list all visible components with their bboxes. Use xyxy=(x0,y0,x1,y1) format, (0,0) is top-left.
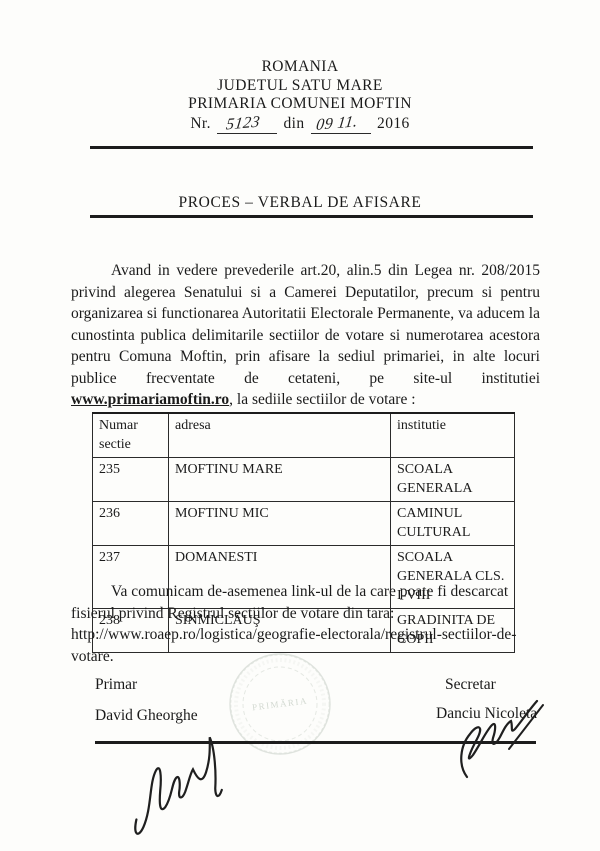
paragraph1-text-before: Avand in vedere prevederile art.20, alin… xyxy=(71,262,540,387)
cell-adresa: MOFTINU MARE xyxy=(169,458,391,502)
nr-blank: 5123 xyxy=(217,115,277,135)
paragraph-legal-basis: Avand in vedere prevederile art.20, alin… xyxy=(71,260,540,411)
secretar-handwritten-signature xyxy=(447,693,547,781)
scanned-document-page: ROMANIA JUDETUL SATU MARE PRIMARIA COMUN… xyxy=(0,0,600,851)
document-header: ROMANIA JUDETUL SATU MARE PRIMARIA COMUN… xyxy=(0,58,600,134)
nr-prefix: Nr. xyxy=(190,115,211,132)
cell-numar: 235 xyxy=(93,458,169,502)
header-country: ROMANIA xyxy=(0,58,600,77)
date-handwritten-value: 09 11. xyxy=(315,113,359,135)
institution-website-link: www.primariamoftin.ro xyxy=(71,391,229,408)
horizontal-rule-under-title xyxy=(90,215,533,218)
secretar-title: Secretar xyxy=(445,676,496,694)
year-label: 2016 xyxy=(377,115,410,132)
cell-institutie: CAMINUL CULTURAL xyxy=(391,502,515,546)
primar-name: David Gheorghe xyxy=(95,707,198,725)
cell-institutie: SCOALA GENERALA xyxy=(391,458,515,502)
date-blank: 09 11. xyxy=(311,115,371,135)
header-county: JUDETUL SATU MARE xyxy=(0,77,600,96)
table-header-row: Numar sectie adresa institutie xyxy=(93,413,515,458)
header-institution: PRIMARIA COMUNEI MOFTIN xyxy=(0,95,600,114)
primar-title: Primar xyxy=(95,676,137,694)
horizontal-rule-top xyxy=(90,146,533,149)
cell-adresa: MOFTINU MIC xyxy=(169,502,391,546)
nr-handwritten-value: 5123 xyxy=(225,113,261,135)
document-title: PROCES – VERBAL DE AFISARE xyxy=(0,194,600,212)
column-header-numar-sectie: Numar sectie xyxy=(93,413,169,458)
registration-number-line: Nr. 5123 din 09 11. 2016 xyxy=(0,115,600,135)
din-label: din xyxy=(283,115,304,132)
primar-handwritten-signature xyxy=(109,719,257,840)
paragraph1-text-after: , la sediile sectiilor de votare : xyxy=(229,391,415,408)
column-header-adresa: adresa xyxy=(169,413,391,458)
column-header-institutie: institutie xyxy=(391,413,515,458)
stamp-center-text: PRIMĂRIA xyxy=(252,696,309,713)
table-row: 236 MOFTINU MIC CAMINUL CULTURAL xyxy=(93,502,515,546)
cell-numar: 236 xyxy=(93,502,169,546)
table-row: 235 MOFTINU MARE SCOALA GENERALA xyxy=(93,458,515,502)
paragraph2-text: Va comunicam de-asemenea link-ul de la c… xyxy=(71,583,508,622)
